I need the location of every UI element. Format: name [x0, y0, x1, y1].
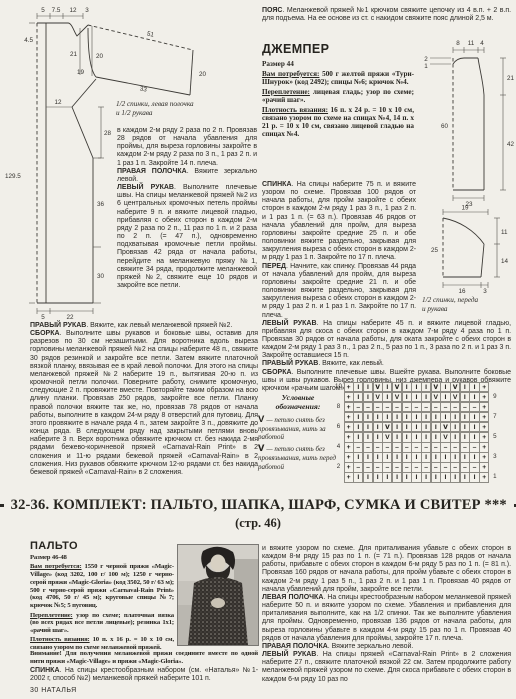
chart-row-number-right: 9	[489, 392, 500, 403]
chart-cell: I	[382, 392, 392, 403]
legend-text: — петлю снять без провязывания, нить за …	[258, 416, 326, 441]
paragraph: ПРАВАЯ ПОЛОЧКА. Вяжите зеркально левой.	[117, 168, 257, 184]
chart-cell: I	[450, 412, 460, 423]
chart-cell: +	[344, 432, 354, 443]
chart-cell: I	[392, 452, 402, 463]
size-label: Размер 46-48	[30, 554, 174, 562]
chart-row-number-right: 7	[489, 412, 500, 423]
chart-cell: +	[344, 472, 354, 483]
chart-cell: I	[431, 422, 441, 433]
chart-cell: +	[344, 402, 354, 413]
coat-title: ПАЛЬТО	[30, 540, 78, 552]
caption-line: и 1/2 рукава	[116, 109, 226, 118]
info-item: Вам потребуется: 500 г желтой пряжи «Тур…	[262, 70, 414, 86]
chart-cell: I	[402, 412, 412, 423]
chart-cell: V	[392, 392, 402, 403]
chart-cell: I	[353, 452, 363, 463]
chart-cell: –	[440, 442, 450, 453]
chart-cell: –	[450, 462, 460, 473]
continuation-text: в каждом 2-м ряду 2 раза по 2 п. Провяза…	[117, 127, 257, 167]
chart-cell: –	[421, 442, 431, 453]
chart-cell: –	[392, 442, 402, 453]
chart-cell: I	[402, 422, 412, 433]
chart-cell: –	[353, 402, 363, 413]
caption-line: 1/2 спинки, левая полочка	[116, 100, 226, 109]
left-column-full-text: ПРАВЫЙ РУКАВ. Вяжите, как левый меланжев…	[30, 322, 258, 477]
chart-cell: I	[392, 472, 402, 483]
legend-text: — петлю снять без провязывания, нить пер…	[258, 445, 336, 470]
chart-cell: I	[431, 452, 441, 463]
paragraph-lead: ПРАВАЯ ПОЛОЧКА	[117, 168, 187, 175]
chart-cell: I	[421, 422, 431, 433]
chart-cell: –	[363, 442, 373, 453]
chart-cell: I	[421, 412, 431, 423]
chart-row-number-right	[489, 382, 500, 393]
chart-cell: I	[353, 472, 363, 483]
chart-cell: +	[479, 432, 489, 443]
chart-cell: I	[373, 422, 383, 433]
section-title: 32-36. КОМПЛЕКТ: ПАЛЬТО, ШАПКА, ШАРФ, СУ…	[11, 497, 507, 514]
chart-cell: +	[344, 452, 354, 463]
dim-21: 21	[70, 51, 78, 58]
dim-12-waist: 12	[54, 99, 62, 106]
chart-cell: I	[460, 472, 470, 483]
left-column-wrap-text: в каждом 2-м ряду 2 раза по 2 п. Провяза…	[117, 127, 257, 290]
chart-row: +IIVIVIIIVIVII+9	[333, 392, 500, 403]
chart-row-number-left	[333, 432, 344, 443]
info-lead: Вам потребуется:	[30, 563, 82, 570]
dim-12-top: 12	[69, 7, 77, 14]
chart-cell: V	[431, 392, 441, 403]
dim-129-5: 129.5	[5, 173, 21, 180]
jumper-sleeve-schematic: 19 11 14 25 16 3	[417, 205, 515, 293]
chart-row: +IIIIIIIIIIIII+7	[333, 412, 500, 423]
paragraph-text: . На спицы крестообразным набором (см. «…	[30, 667, 258, 682]
chart-cell: I	[440, 392, 450, 403]
info-item: Переплетение: узор по схеме; платочная в…	[30, 612, 174, 635]
chart-cell: I	[402, 432, 412, 443]
dim-7-5: 7.5	[52, 7, 61, 14]
coat-garment	[188, 577, 248, 645]
paragraph: в каждом 2-м ряду 2 раза по 2 п. Провяза…	[117, 127, 257, 168]
chart-cell: I	[460, 382, 470, 393]
chart-row: 8+–––––––––––––+	[333, 402, 500, 413]
chart-cell: +	[479, 392, 489, 403]
paragraph-text: . Вяжите, как левый.	[318, 360, 383, 367]
chart-cell: +	[344, 462, 354, 473]
chart-row-number-right	[489, 462, 500, 473]
dim-33: 33	[139, 85, 148, 93]
chart-cell: I	[450, 422, 460, 433]
chart-cell: I	[402, 382, 412, 393]
dim-42: 42	[507, 141, 515, 148]
chart-cell: I	[431, 472, 441, 483]
chart-row-number-left	[333, 412, 344, 423]
dim-3: 3	[85, 7, 89, 14]
chart-cell: –	[431, 402, 441, 413]
chart-cell: I	[353, 382, 363, 393]
chart-cell: –	[411, 442, 421, 453]
chart-cell: I	[392, 432, 402, 443]
chart-row-number-right: 1	[489, 472, 500, 483]
chart-cell: –	[440, 462, 450, 473]
chart-row-number-right: 3	[489, 452, 500, 463]
dim-4-5: 4.5	[24, 37, 33, 44]
paragraph-lead: ПРАВАЯ ПОЛОЧКА	[262, 643, 328, 650]
paragraph-text: . Вяжите зеркально левой.	[328, 643, 413, 650]
page-footer: 30 НАТАЛЬЯ	[30, 687, 77, 694]
chart-cell: V	[382, 422, 392, 433]
chart-cell: V	[450, 392, 460, 403]
chart-row-number-left: 4	[333, 442, 344, 453]
chart-cell: I	[421, 452, 431, 463]
chart-cell: I	[411, 472, 421, 483]
paragraph-text: . Вяжите, как левый меланжевой пряжей №2…	[86, 322, 232, 329]
info-lead: Переплетение:	[262, 88, 310, 96]
coat-warning: Внимание! Для получения меланжевой пряжи…	[30, 650, 258, 667]
chart-cell: I	[469, 392, 479, 403]
paragraph-text: . На спицы крестообразным набором меланж…	[262, 594, 511, 642]
paragraph-lead: ПРАВЫЙ РУКАВ	[30, 322, 86, 329]
chart-cell: I	[411, 382, 421, 393]
paragraph: и вяжите узором по схеме. Для приталиван…	[262, 545, 511, 594]
chart-cell: –	[373, 462, 383, 473]
paragraph-lead: ЛЕВЫЙ РУКАВ	[262, 651, 316, 658]
info-lead: Вам потребуется:	[262, 70, 319, 78]
chart-cell: I	[382, 472, 392, 483]
paragraph: СБОРКА. Выполните швы рукавов и боковые …	[30, 330, 258, 477]
hands	[211, 598, 225, 608]
chart-row-number-left	[333, 392, 344, 403]
chart-cell: V	[373, 382, 383, 393]
dim-4: 4	[480, 40, 484, 47]
chart-cell: I	[411, 452, 421, 463]
chart-cell: –	[402, 462, 412, 473]
chart-cell: –	[431, 462, 441, 473]
chart-cell: V	[440, 422, 450, 433]
chart-cell: I	[411, 392, 421, 403]
chart-row-number-left	[333, 452, 344, 463]
chart-cell: I	[353, 422, 363, 433]
chart-cell: I	[431, 432, 441, 443]
chart-cell: I	[363, 422, 373, 433]
dim-21: 21	[507, 75, 515, 82]
chart-cell: I	[421, 432, 431, 443]
chart-cell: –	[411, 462, 421, 473]
chart-cell: –	[450, 402, 460, 413]
chart-cell: –	[421, 402, 431, 413]
chart-cell: I	[450, 472, 460, 483]
section-header: 32-36. КОМПЛЕКТ: ПАЛЬТО, ШАПКА, ШАРФ, СУ…	[0, 497, 516, 531]
chart-row: +IIIVIIIIIVIII+5	[333, 432, 500, 443]
chart-cell: –	[373, 402, 383, 413]
chart-cell: +	[479, 452, 489, 463]
dim-11: 11	[501, 229, 508, 236]
dim-8: 8	[456, 40, 460, 47]
chart-legend: Условные обозначения: V— петлю снять без…	[258, 393, 338, 474]
dim-19: 19	[77, 69, 85, 76]
chart-row: 2+–––––––––––––+	[333, 462, 500, 473]
chart-cell: I	[373, 472, 383, 483]
chart-cell: I	[373, 412, 383, 423]
chart-cell: I	[421, 472, 431, 483]
chart-cell: +	[479, 412, 489, 423]
chart-row-number-left: 6	[333, 422, 344, 433]
chart-cell: V	[440, 432, 450, 443]
info-lead: Плотность вязания:	[30, 636, 90, 643]
paragraph-text: . Выполните швы рукавов и боковые швы, о…	[30, 330, 258, 476]
chart-cell: I	[469, 432, 479, 443]
paragraph: ЛЕВЫЙ РУКАВ. Выполните плечевые швы. На …	[117, 184, 257, 290]
pattern-chart-grid: 10+IIVIVIIIVIVII++IIVIVIIIVIVII+98+–––––…	[333, 382, 500, 483]
chart-row: +IIIIIIIIIIIII+3	[333, 452, 500, 463]
chart-row: +IIIIIIIIIIIII+1	[333, 472, 500, 483]
chart-cell: –	[460, 462, 470, 473]
legend-title-line: Условные	[258, 393, 338, 402]
chart-cell: +	[344, 412, 354, 423]
chart-cell: –	[469, 442, 479, 453]
chart-cell: +	[479, 442, 489, 453]
paragraph-lead: ЛЕВАЯ ПОЛОЧКА	[262, 594, 323, 601]
chart-cell: –	[440, 402, 450, 413]
chart-cell: –	[431, 442, 441, 453]
paragraph: ЛЕВАЯ ПОЛОЧКА. На спицы крестообразным н…	[262, 594, 511, 643]
paragraph-lead: СПИНКА	[30, 667, 60, 674]
chart-cell: I	[469, 422, 479, 433]
legend-title: Условные обозначения:	[258, 393, 338, 411]
dim-20-inner: 20	[96, 53, 104, 60]
chart-cell: –	[382, 462, 392, 473]
paragraph-lead: ЛЕВЫЙ РУКАВ	[117, 184, 174, 191]
chart-cell: –	[363, 402, 373, 413]
caption-line: и рукава	[422, 305, 514, 314]
dim-19: 19	[461, 205, 469, 212]
dim-30: 30	[97, 273, 105, 280]
chart-cell: –	[460, 402, 470, 413]
chart-cell: +	[479, 402, 489, 413]
paragraph-lead: СБОРКА	[30, 330, 60, 337]
chart-cell: I	[411, 422, 421, 433]
chart-cell: I	[460, 422, 470, 433]
chart-cell: I	[402, 452, 412, 463]
chart-row-number-right	[489, 422, 500, 433]
chart-cell: I	[431, 412, 441, 423]
header-rule-left	[0, 504, 4, 507]
info-item: Плотность вязания: 16 п. х 24 р. = 10 х …	[262, 106, 414, 139]
chart-cell: –	[353, 442, 363, 453]
chart-cell: –	[402, 402, 412, 413]
chart-cell: I	[411, 412, 421, 423]
chart-cell: –	[392, 402, 402, 413]
page-number: 30	[30, 687, 39, 694]
paragraph: ЛЕВЫЙ РУКАВ. На спицы пряжей «Carnaval-R…	[262, 651, 511, 684]
chart-cell: I	[363, 392, 373, 403]
chart-cell: I	[469, 412, 479, 423]
chart-cell: I	[440, 472, 450, 483]
chart-cell: +	[344, 442, 354, 453]
chart-cell: –	[421, 462, 431, 473]
chart-row: 6+IIIVIIIIIVIII+	[333, 422, 500, 433]
chart-cell: –	[469, 402, 479, 413]
paragraph-text: . Начните, как спинку. Провязав 44 ряда …	[262, 263, 416, 319]
chart-cell: +	[479, 472, 489, 483]
paragraph: ПРАВЫЙ РУКАВ. Вяжите, как левый.	[262, 360, 511, 368]
caption-line: 1/2 спинки, переда	[422, 296, 514, 305]
dim-5-bottom: 5	[41, 314, 45, 320]
chart-cell: I	[382, 382, 392, 393]
chart-cell: I	[402, 472, 412, 483]
size-label: Размер 44	[262, 60, 414, 68]
chart-cell: I	[450, 432, 460, 443]
face	[211, 555, 226, 572]
chart-cell: I	[450, 452, 460, 463]
chart-cell: I	[440, 452, 450, 463]
chart-cell: I	[440, 412, 450, 423]
dim-5-top: 5	[41, 7, 45, 14]
chart-cell: –	[460, 442, 470, 453]
chart-row-number-left: 2	[333, 462, 344, 473]
chart-cell: I	[363, 452, 373, 463]
chart-row: 10+IIVIVIIIVIVII+	[333, 382, 500, 393]
chart-cell: I	[382, 452, 392, 463]
legend-entry: V— петлю снять без провязывания, нить за…	[258, 416, 338, 442]
info-lead: Переплетение:	[30, 612, 73, 619]
chart-cell: I	[373, 452, 383, 463]
chart-cell: –	[469, 462, 479, 473]
chart-cell: –	[363, 462, 373, 473]
info-lead: Плотность вязания:	[262, 106, 328, 114]
magazine-page: { "top_left": { "schematic": { "caption1…	[0, 0, 516, 699]
dim-11: 11	[468, 40, 475, 47]
dim-28: 28	[104, 130, 112, 137]
chart-cell: I	[392, 422, 402, 433]
model-photo	[177, 544, 259, 646]
paragraph: ЛЕВЫЙ РУКАВ. На спицы наберите 45 п. и в…	[262, 320, 511, 361]
chart-cell: I	[421, 382, 431, 393]
chart-row-number-right	[489, 442, 500, 453]
jumper-title: ДЖЕМПЕР	[262, 42, 329, 56]
dim-2: 2	[424, 56, 428, 63]
chart-cell: –	[411, 402, 421, 413]
jumper-materials-info: Размер 44 Вам потребуется: 500 г желтой …	[262, 60, 414, 140]
chart-cell: –	[392, 462, 402, 473]
chart-cell: +	[344, 382, 354, 393]
paragraph-lead: СПИНКА	[262, 181, 292, 188]
chart-cell: +	[479, 422, 489, 433]
coat-schematic-caption: 1/2 спинки, левая полочка и 1/2 рукава	[116, 100, 226, 117]
chart-cell: –	[353, 462, 363, 473]
chart-cell: I	[353, 412, 363, 423]
chart-cell: I	[392, 412, 402, 423]
chart-cell: I	[382, 412, 392, 423]
dim-60: 60	[441, 123, 449, 130]
paragraph-lead: ПРАВЫЙ РУКАВ	[262, 360, 318, 367]
chart-row-number-right	[489, 402, 500, 413]
paragraph: ПРАВАЯ ПОЛОЧКА. Вяжите зеркально левой.	[262, 643, 511, 651]
chart-cell: +	[479, 462, 489, 473]
chart-cell: I	[460, 392, 470, 403]
chart-cell: V	[450, 382, 460, 393]
chart-row-number-left: 10	[333, 382, 344, 393]
dim-36: 36	[97, 201, 105, 208]
dim-22: 22	[66, 314, 74, 320]
chart-cell: I	[363, 412, 373, 423]
info-item: Переплетение: лицевая гладь; узор по схе…	[262, 88, 414, 104]
dim-1: 1	[424, 63, 428, 70]
chart-cell: +	[479, 382, 489, 393]
jumper-body-schematic: 8 11 4 2 1 21 42 60 23	[417, 33, 515, 207]
chart-cell: I	[421, 392, 431, 403]
chart-cell: V	[373, 392, 383, 403]
chart-cell: I	[353, 392, 363, 403]
chart-cell: +	[344, 392, 354, 403]
info-text: 1550 г черной пряжи «Magic-Village» (код…	[30, 563, 174, 609]
paragraph-lead: ЛЕВЫЙ РУКАВ	[262, 320, 317, 327]
chart-cell: I	[460, 412, 470, 423]
paragraph-lead: СБОРКА	[262, 369, 292, 376]
section-page-ref: (стр. 46)	[0, 516, 516, 531]
chart-cell: I	[363, 432, 373, 443]
dim-25: 25	[431, 247, 439, 254]
coat-right-column: и вяжите узором по схеме. Для приталиван…	[262, 545, 511, 684]
chart-cell: I	[373, 432, 383, 443]
dim-16: 16	[458, 288, 466, 293]
chart-cell: –	[382, 402, 392, 413]
jumper-schematic-caption: 1/2 спинки, переда и рукава	[422, 296, 514, 313]
paragraph-lead: ПОЯС	[262, 7, 282, 14]
chart-cell: I	[402, 392, 412, 403]
chart-cell: V	[382, 432, 392, 443]
paragraph: ПРАВЫЙ РУКАВ. Вяжите, как левый меланжев…	[30, 322, 258, 330]
chart-row: 4+–––––––––––––+	[333, 442, 500, 453]
chart-cell: –	[402, 442, 412, 453]
chart-cell: –	[373, 442, 383, 453]
chart-cell: I	[469, 382, 479, 393]
chart-cell: V	[431, 382, 441, 393]
legend-entry: V— петлю снять без провязывания, нить пе…	[258, 445, 338, 471]
chart-cell: I	[363, 382, 373, 393]
chart-cell: I	[440, 382, 450, 393]
paragraph-text: . Выполните плечевые швы. На спицы мелан…	[117, 184, 257, 289]
paragraph-text: . Меланжевой пряжей №1 крючком свяжите ц…	[262, 7, 511, 22]
belt-paragraph: ПОЯС. Меланжевой пряжей №1 крючком свяжи…	[262, 7, 511, 23]
warning-lead: Внимание!	[30, 650, 62, 657]
chart-row-number-left: 8	[333, 402, 344, 413]
dim-20-sleeve: 20	[199, 71, 207, 78]
paragraph-text: . На спицы наберите 75 п. и вяжите узоро…	[262, 181, 416, 261]
chart-cell: I	[460, 452, 470, 463]
info-item: Вам потребуется: 1550 г черной пряжи «Ma…	[30, 563, 174, 610]
chart-cell: I	[363, 472, 373, 483]
dim-51: 51	[146, 30, 155, 39]
chart-cell: I	[411, 432, 421, 443]
dim-14: 14	[501, 258, 509, 265]
chart-row-number-left	[333, 472, 344, 483]
chart-cell: I	[469, 452, 479, 463]
chart-row-number-right: 5	[489, 432, 500, 443]
magazine-name: НАТАЛЬЯ	[41, 687, 76, 694]
coat-materials-info: Размер 46-48 Вам потребуется: 1550 г чер…	[30, 554, 174, 654]
paragraph-text: и вяжите узором по схеме. Для приталиван…	[262, 545, 511, 593]
chart-cell: V	[392, 382, 402, 393]
paragraph-lead: ПЕРЕД	[262, 263, 286, 270]
chart-cell: I	[353, 432, 363, 443]
chart-cell: –	[450, 442, 460, 453]
warning-text: Для получения меланжевой пряжи соедините…	[30, 650, 258, 665]
chart-cell: I	[469, 472, 479, 483]
dim-3: 3	[483, 288, 487, 293]
coat-back-paragraph: СПИНКА. На спицы крестообразным набором …	[30, 667, 258, 683]
